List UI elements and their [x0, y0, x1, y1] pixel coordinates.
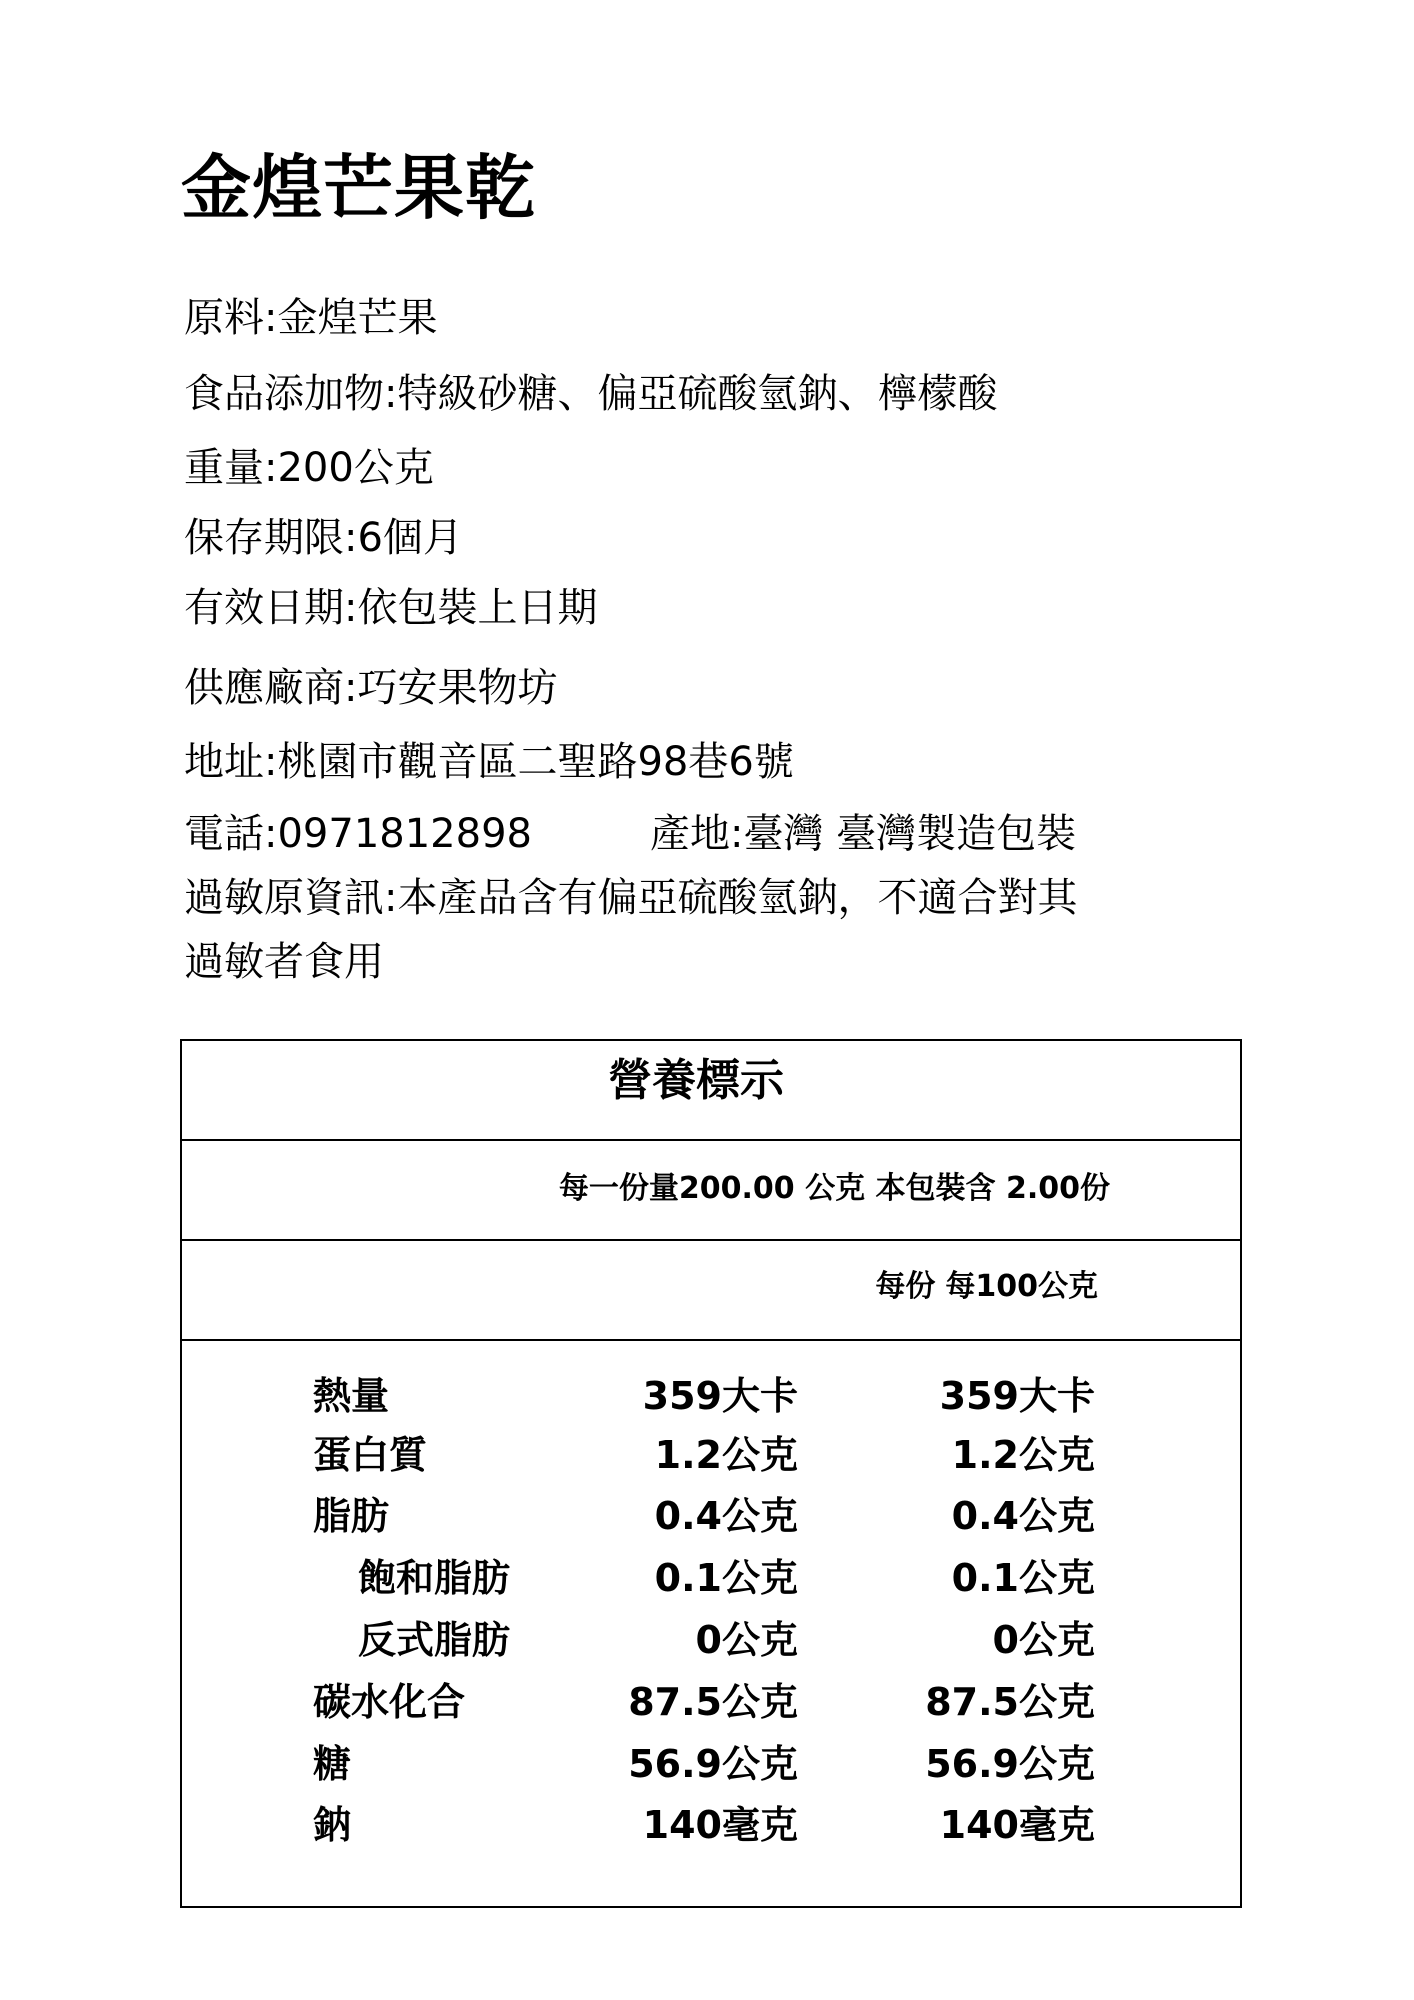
nutrient-label: 反式脂肪 [358, 1609, 510, 1671]
nutrition-row: 糖 56.9公克 56.9公克 [182, 1733, 1240, 1795]
phone-text: 電話:0971812898 [184, 811, 532, 857]
value-per-100g: 0.1公克 [952, 1547, 1095, 1609]
nutrition-row: 脂肪 0.4公克 0.4公克 [182, 1485, 1240, 1547]
value-per-100g: 87.5公克 [925, 1671, 1095, 1733]
value-per-100g: 140毫克 [940, 1794, 1095, 1856]
additives-line: 食品添加物:特級砂糖、偏亞硫酸氫鈉、檸檬酸 [184, 366, 997, 422]
value-per-100g: 0公克 [993, 1609, 1095, 1671]
value-per-serving: 56.9公克 [628, 1733, 798, 1795]
column-header-row: 每份每100公克 [182, 1241, 1240, 1341]
ingredients-line: 原料:金煌芒果 [184, 290, 437, 346]
col-header-per-100g: 每100公克 [945, 1269, 1098, 1304]
supplier-line: 供應廠商:巧安果物坊 [184, 660, 557, 716]
serving-info-row: 每一份量200.00 公克 本包裝含 2.00份 [182, 1141, 1240, 1241]
value-per-100g: 359大卡 [940, 1365, 1095, 1427]
value-per-serving: 359大卡 [643, 1365, 798, 1427]
nutrition-row: 飽和脂肪 0.1公克 0.1公克 [182, 1547, 1240, 1609]
nutrient-label: 鈉 [313, 1794, 351, 1856]
nutrition-row: 碳水化合 87.5公克 87.5公克 [182, 1671, 1240, 1733]
nutrient-label: 熱量 [313, 1365, 389, 1427]
expiry-line: 有效日期:依包裝上日期 [184, 580, 597, 636]
nutrient-label: 脂肪 [313, 1485, 389, 1547]
address-line: 地址:桃園市觀音區二聖路98巷6號 [184, 734, 794, 790]
nutrition-title-row: 營養標示 [182, 1041, 1240, 1141]
nutrition-row: 熱量 359大卡 359大卡 [182, 1365, 1240, 1427]
column-headers: 每份每100公克 [875, 1265, 1098, 1309]
value-per-serving: 87.5公克 [628, 1671, 798, 1733]
nutrient-label: 碳水化合 [313, 1671, 465, 1733]
allergen-line-1: 過敏原資訊:本產品含有偏亞硫酸氫鈉，不適合對其 [184, 870, 1077, 926]
col-header-per-serving: 每份 [875, 1269, 935, 1304]
value-per-serving: 0.1公克 [655, 1547, 798, 1609]
product-title: 金煌芒果乾 [181, 140, 536, 236]
value-per-serving: 140毫克 [643, 1794, 798, 1856]
serving-info: 每一份量200.00 公克 本包裝含 2.00份 [559, 1167, 1110, 1211]
nutrient-label: 蛋白質 [313, 1424, 427, 1486]
value-per-serving: 1.2公克 [655, 1424, 798, 1486]
nutrition-row: 反式脂肪 0公克 0公克 [182, 1609, 1240, 1671]
allergen-line-2: 過敏者食用 [184, 934, 384, 990]
nutrient-label: 飽和脂肪 [358, 1547, 510, 1609]
nutrient-label: 糖 [313, 1733, 351, 1795]
origin-text: 產地:臺灣 臺灣製造包裝 [650, 811, 1076, 857]
value-per-serving: 0公克 [696, 1609, 798, 1671]
value-per-100g: 1.2公克 [952, 1424, 1095, 1486]
value-per-serving: 0.4公克 [655, 1485, 798, 1547]
nutrition-title: 營養標示 [182, 1051, 1240, 1111]
value-per-100g: 0.4公克 [952, 1485, 1095, 1547]
nutrition-row: 鈉 140毫克 140毫克 [182, 1794, 1240, 1856]
phone-origin-line: 電話:0971812898產地:臺灣 臺灣製造包裝 [184, 806, 1076, 862]
nutrition-facts-table: 營養標示 每一份量200.00 公克 本包裝含 2.00份 每份每100公克 熱… [180, 1039, 1242, 1908]
value-per-100g: 56.9公克 [925, 1733, 1095, 1795]
nutrition-row: 蛋白質 1.2公克 1.2公克 [182, 1424, 1240, 1486]
weight-line: 重量:200公克 [184, 440, 434, 496]
shelf-life-line: 保存期限:6個月 [184, 510, 463, 566]
